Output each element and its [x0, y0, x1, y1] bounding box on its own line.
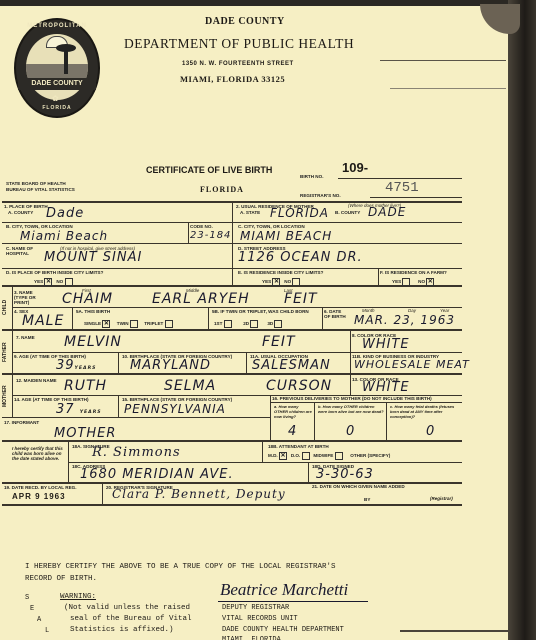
mother-name-label: 12. MAIDEN NAME: [16, 378, 57, 383]
attendant-options: M.D. ✕ D.O. MIDWIFE OTHER (Specify): [268, 452, 390, 460]
name-added-label: 21. DATE ON WHICH GIVEN NAME ADDED: [312, 484, 405, 489]
mother-race-value: WHITE: [362, 380, 410, 395]
signer-department: DADE COUNTY HEALTH DEPARTMENT: [222, 626, 344, 634]
birth-inside-city-label: d. IS PLACE OF BIRTH INSIDE CITY LIMITS?: [6, 270, 103, 275]
registrar-no-label: REGISTRAR'S NO.: [300, 193, 341, 198]
warning-line-2: seal of the Bureau of Vital: [70, 615, 192, 623]
warning-line-1: (Not valid unless the raised: [64, 604, 190, 612]
child-middle-name: EARL ARYEH: [152, 291, 250, 307]
state-name: FLORIDA: [200, 185, 244, 194]
state-board: STATE BOARD OF HEALTH: [6, 181, 66, 186]
birth-no-label: BIRTH NO.: [300, 174, 323, 179]
mother-age-value: 37 YEARS: [56, 402, 102, 417]
paper-edge-right: [508, 0, 536, 640]
date-received-value: APR 9 1963: [12, 492, 66, 501]
dob-value: MAR. 23, 1963: [354, 313, 455, 327]
father-section-label: FATHER: [2, 331, 12, 373]
hospital-value: MOUNT SINAI: [44, 250, 142, 265]
mother-last-name: CURSON: [266, 378, 332, 394]
by-label: BY: [364, 497, 370, 502]
letterhead-city: MIAMI, FLORIDA 33125: [180, 74, 285, 84]
signer-unit: VITAL RECORDS UNIT: [222, 615, 298, 623]
father-age-value: 39YEARS: [56, 358, 96, 373]
farm-options: YES NO ✕: [392, 278, 434, 286]
sex-value: MALE: [22, 313, 64, 329]
mother-middle-name: SELMA: [164, 378, 216, 394]
father-name-label: 7. NAME: [16, 335, 35, 340]
informant-label: 17. INFORMANT: [4, 420, 39, 425]
twin-order-options: 1ST 2D 3D: [214, 320, 282, 328]
seal-scene: [26, 34, 88, 100]
birth-county-label: a. COUNTY: [8, 210, 33, 215]
mother-birthplace-value: PENNSYLVANIA: [124, 402, 226, 416]
father-occupation-value: SALESMAN: [252, 358, 331, 373]
residence-street-value: 1126 OCEAN DR.: [238, 250, 363, 265]
previous-deliveries-label: 16. PREVIOUS DELIVERIES TO MOTHER (Do NO…: [272, 396, 432, 401]
residence-state-label: a. STATE: [240, 210, 260, 215]
attendant-signature: R. Simmons: [92, 445, 181, 460]
attendant-label: 18b. ATTENDANT AT BIRTH: [268, 444, 329, 449]
twin-order-label: 5b. IF TWIN OR TRIPLET, WAS CHILD BORN: [212, 309, 309, 314]
seal-letter-s: S: [25, 594, 29, 602]
signer-title: DEPUTY REGISTRAR: [222, 604, 289, 612]
registrar-no: 4751: [385, 180, 419, 196]
farm-label: f. IS RESIDENCE ON A FARM?: [380, 270, 447, 275]
father-first-name: MELVIN: [64, 334, 122, 350]
fetal-deaths-label: c. How many fetal deaths (fetuses born d…: [390, 404, 460, 419]
registrar-label: (Registrar): [430, 496, 453, 501]
signer-city: MIAMI, FLORIDA: [222, 636, 281, 640]
seal-letter-l: L: [45, 627, 49, 635]
county-seal-icon: METROPOLITAN DADE COUNTY ✿ FLORIDA: [14, 18, 100, 118]
certification-statement: I hereby certify that this child was bor…: [12, 446, 66, 461]
date-signed-value: 3-30-63: [316, 467, 374, 482]
child-first-name: CHAIM: [62, 291, 113, 307]
living-children-label: a. How many OTHER children are now livin…: [274, 404, 312, 419]
warning-title: WARNING:: [60, 593, 96, 601]
child-last-name: FEIT: [284, 291, 318, 307]
dob-label: 6. DATE OF BIRTH: [324, 309, 346, 319]
place-of-birth-label: 1. PLACE OF BIRTH: [4, 204, 48, 209]
birth-no: 109-: [342, 160, 368, 175]
code-no-value: 23-184: [190, 230, 231, 241]
father-last-name: FEIT: [262, 334, 296, 350]
informant-value: MOTHER: [54, 426, 116, 441]
residence-state-value: FLORIDA: [270, 206, 329, 220]
seal-bottom-text: FLORIDA: [16, 105, 98, 111]
birth-county-value: Dade: [46, 206, 84, 221]
mother-section-label: MOTHER: [2, 375, 12, 417]
seal-letter-e: E: [30, 605, 34, 613]
seal-band-text: DADE COUNTY: [18, 78, 96, 90]
certify-line-1: I HEREBY CERTIFY THE ABOVE TO BE A TRUE …: [25, 563, 336, 571]
hospital-label: c. NAME OF HOSPITAL: [6, 246, 40, 256]
seal-top-text: METROPOLITAN: [16, 23, 98, 29]
seal-letter-a: A: [37, 616, 41, 624]
letterhead-department: DEPARTMENT OF PUBLIC HEALTH: [124, 36, 354, 52]
fetal-deaths-value: 0: [426, 424, 435, 439]
child-section-label: CHILD: [2, 287, 12, 327]
address-value: 1680 MERIDIAN AVE.: [80, 467, 234, 482]
mother-first-name: RUTH: [64, 378, 107, 394]
paper-edge-top: [0, 0, 536, 6]
date-received-label: 19. DATE RECD. BY LOCAL REG.: [4, 485, 77, 490]
residence-inside-city-label: e. IS RESIDENCE INSIDE CITY LIMITS?: [238, 270, 323, 275]
deputy-registrar-signature: Beatrice Marchetti: [220, 580, 348, 600]
birth-city-value: Miami Beach: [20, 229, 108, 243]
this-birth-options: SINGLE ✕ TWIN TRIPLET: [84, 320, 173, 328]
letterhead-street: 1350 N. W. FOURTEENTH STREET: [182, 61, 294, 67]
registrar-signature: Clara P. Bennett, Deputy: [112, 487, 286, 501]
certificate-title: CERTIFICATE OF LIVE BIRTH: [146, 165, 272, 175]
residence-county-value: DADE: [368, 205, 406, 219]
birth-inside-city-options: YES ✕ NO: [34, 278, 73, 286]
residence-inside-city-options: YES ✕ NO: [262, 278, 300, 286]
child-name-label: 3. NAME (Type or print): [14, 290, 44, 305]
warning-line-3: Statistics is affixed.): [70, 626, 174, 634]
dead-children-value: 0: [346, 424, 355, 439]
bureau-vital-statistics: BUREAU OF VITAL STATISTICS: [6, 187, 75, 192]
dead-children-label: b. How many OTHER children were born ali…: [318, 404, 384, 414]
father-race-value: WHITE: [362, 337, 410, 352]
living-children-value: 4: [288, 424, 297, 439]
letterhead-county: DADE COUNTY: [205, 16, 285, 27]
father-industry-value: WHOLESALE MEAT: [354, 358, 470, 371]
father-birthplace-value: MARYLAND: [130, 358, 211, 373]
code-no-label: CODE NO.: [190, 224, 213, 229]
residence-county-label: b. COUNTY: [335, 210, 360, 215]
residence-city-value: MIAMI BEACH: [240, 229, 332, 243]
this-birth-label: 5a. THIS BIRTH: [76, 309, 110, 314]
certify-line-2: RECORD OF BIRTH.: [25, 575, 97, 583]
